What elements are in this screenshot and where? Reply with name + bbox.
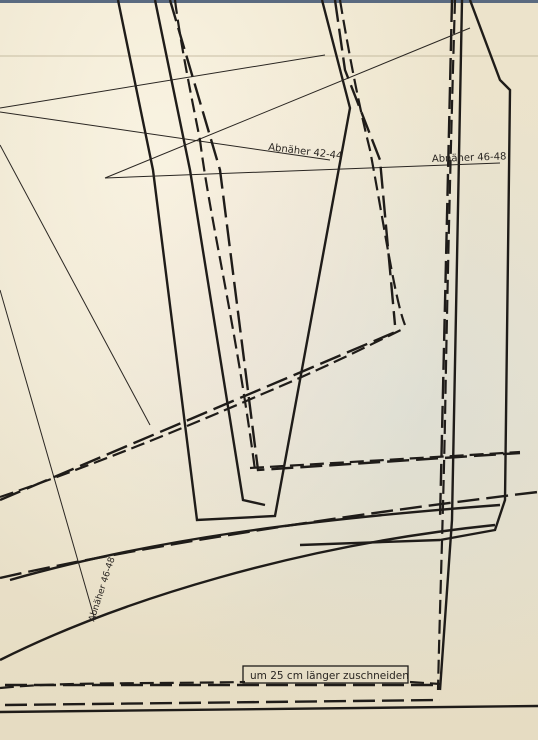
dashed-line (335, 0, 395, 325)
guide-line (0, 55, 325, 108)
solid-line (0, 706, 538, 712)
solid-cutting-lines (0, 0, 538, 712)
dashed-line (440, 0, 452, 520)
guide-line (105, 28, 470, 178)
wavy-line (250, 452, 520, 468)
solid-line (440, 0, 510, 540)
label-cut-note: um 25 cm länger zuschneiden (250, 670, 409, 682)
guide-line (105, 163, 500, 178)
wavy-line (0, 328, 405, 497)
solid-line (155, 0, 265, 505)
dashed-line (5, 700, 440, 705)
pattern-sheet: Abnäher 42-44 Abnäher 46-48 Abnäher 46-4… (0, 0, 538, 740)
wavy-seam-lines (0, 0, 520, 690)
wavy-line (340, 0, 405, 325)
pattern-drawing: Abnäher 42-44 Abnäher 46-48 Abnäher 46-4… (0, 0, 538, 740)
wavy-line (175, 0, 255, 470)
dashed-line (0, 330, 400, 500)
guide-line (0, 145, 150, 425)
label-dart-42-44: Abnäher 42-44 (268, 142, 343, 162)
solid-line (0, 525, 495, 660)
dashed-size-lines (0, 0, 538, 705)
wavy-line (410, 682, 440, 684)
